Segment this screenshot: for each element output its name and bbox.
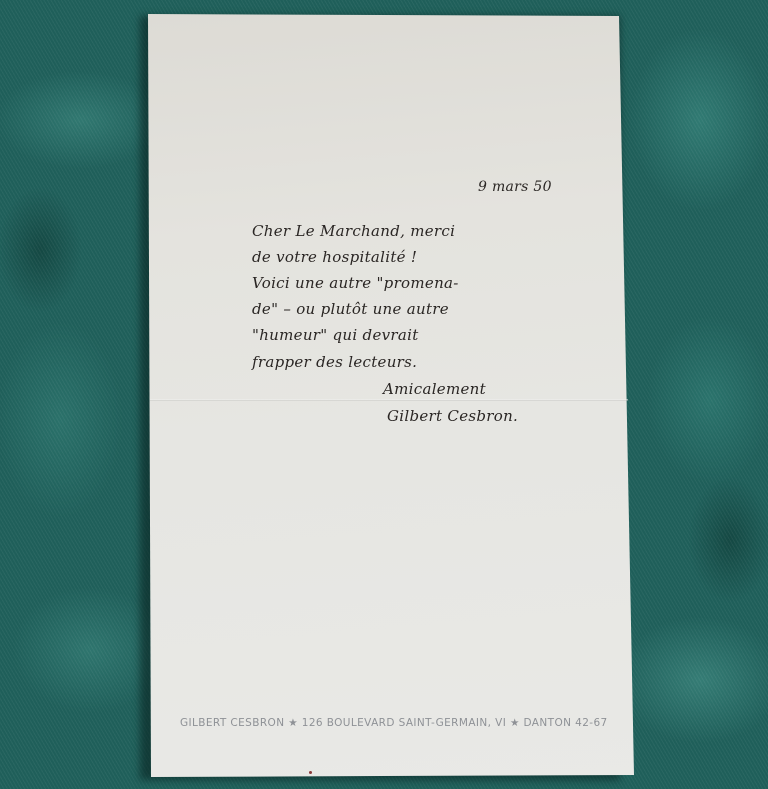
- paper-fold-crease: [150, 399, 628, 401]
- letter-date: 9 mars 50: [478, 179, 552, 195]
- letter-line: de votre hospitalité !: [252, 248, 417, 266]
- letter-line: Cher Le Marchand, merci: [252, 222, 455, 240]
- letter-line: de" – ou plutôt une autre: [252, 300, 449, 318]
- letter-line: Voici une autre "promena-: [252, 274, 459, 292]
- ink-spot: [309, 771, 312, 774]
- letter-line: "humeur" qui devrait: [252, 326, 419, 344]
- letter-closing: Amicalement: [383, 380, 486, 398]
- letterhead-footer: GILBERT CESBRON ★ 126 BOULEVARD SAINT-GE…: [180, 717, 620, 729]
- letter-signature: Gilbert Cesbron.: [387, 407, 518, 425]
- letter-line: frapper des lecteurs.: [252, 353, 417, 371]
